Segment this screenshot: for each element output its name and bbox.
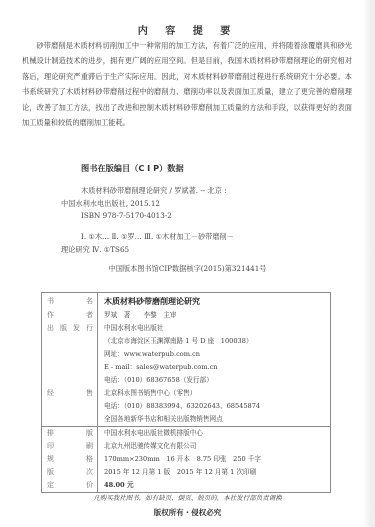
label-char: 者 xyxy=(86,309,93,322)
table-row-value: （北京市海淀区玉渊潭南路 1 号 D 座 100038） xyxy=(98,335,330,348)
table-row-value: 电话：（010）68367658（发行部） xyxy=(98,374,330,387)
abstract-title: 内 容 提 要 xyxy=(0,22,375,37)
label-char: 规 xyxy=(47,453,54,466)
cip-heading: 图书在版编目（C I P）数据 xyxy=(81,163,184,174)
table-row-value: 北京科水图书销售中心（零售） xyxy=(98,387,330,400)
label-char: 价 xyxy=(86,479,93,492)
table-row-value: 网址：www.waterpub.com.cn xyxy=(98,348,330,361)
table-row-value: 罗斌 著 李黎 主审 xyxy=(98,309,330,322)
label-char: 名 xyxy=(86,293,93,309)
label-char: 格 xyxy=(86,453,93,466)
cip-verification-number: 中国版本图书馆CIP数据核字(2015)第321441号 xyxy=(0,264,375,274)
table-row-value: 电话：（010）88383994、63202643、68545874 xyxy=(98,400,330,413)
table-row-label: 作者 xyxy=(42,309,97,322)
label-char: 排 xyxy=(47,427,54,440)
table-row-value: 中国水利水电出版社微机排版中心 xyxy=(98,427,330,440)
table-row-label: 定价 xyxy=(42,479,97,492)
table-row-label xyxy=(42,361,97,374)
label-char: 次 xyxy=(86,466,93,479)
value-column: 木质材料砂带磨削理论研究罗斌 著 李黎 主审中国水利水电出版社（北京市海淀区玉渊… xyxy=(98,293,330,426)
label-char: 版 xyxy=(86,427,93,440)
cip-line-title: 木质材料砂带磨削理论研究 / 罗斌著. -- 北京 : xyxy=(81,186,227,196)
table-row-label xyxy=(42,348,97,361)
label-char: 印 xyxy=(47,440,54,453)
table-row-label: 规格 xyxy=(42,453,97,466)
table-row-value: 2015 年 12 月第 1 版 2015 年 12 月第 1 次印刷 xyxy=(98,466,330,479)
label-char: 定 xyxy=(47,479,54,492)
abstract-text: 砂带磨削是木质材料切削加工中一种常用的加工方法，有着广泛的应用，并将随着涂覆磨具… xyxy=(22,38,352,130)
table-row-value: 北京九州迅驰传媒文化有限公司 xyxy=(98,440,330,453)
cip-line-classification: Ⅰ. ①木… Ⅱ. ①罗… Ⅲ. ①木材加工－砂带磨削－ xyxy=(81,232,234,242)
table-row-value: 木质材料砂带磨削理论研究 xyxy=(98,293,330,309)
table-row-label: 版次 xyxy=(42,466,97,479)
book-info-table: 书名作者出版发行经售木质材料砂带磨削理论研究罗斌 著 李黎 主审中国水利水电出版… xyxy=(41,292,331,493)
table-block: 书名作者出版发行经售木质材料砂带磨削理论研究罗斌 著 李黎 主审中国水利水电出版… xyxy=(42,293,330,427)
label-char: 售 xyxy=(86,387,93,400)
table-row-label xyxy=(42,335,97,348)
label-char: 版 xyxy=(60,322,67,335)
label-char: 出 xyxy=(47,322,54,335)
label-char: 行 xyxy=(86,322,93,335)
label-column: 排版印刷规格版次定价 xyxy=(42,427,98,492)
cip-line-classification-cont: 理论研究 Ⅳ. ①TS65 xyxy=(61,245,129,255)
label-char: 版 xyxy=(47,466,54,479)
copyright-notice: 版权所有・侵权必究 xyxy=(0,507,375,518)
table-row-value: 48.00 元 xyxy=(98,479,330,492)
table-row-value: 170mm×230mm 16 开本 8.75 印张 250 千字 xyxy=(98,453,330,466)
table-row-label xyxy=(42,374,97,387)
table-row-value: 中国水利水电出版社 xyxy=(98,322,330,335)
table-block: 排版印刷规格版次定价中国水利水电出版社微机排版中心北京九州迅驰传媒文化有限公司1… xyxy=(42,427,330,492)
label-char: 作 xyxy=(47,309,54,322)
label-char: 发 xyxy=(73,322,80,335)
table-row-label: 书名 xyxy=(42,293,97,309)
cip-line-isbn: ISBN 978-7-5170-4013-2 xyxy=(81,211,172,220)
label-char: 书 xyxy=(47,293,54,309)
table-row-value: E - mail：sales@waterpub.com.cn xyxy=(98,361,330,374)
table-row-label: 出版发行 xyxy=(42,322,97,335)
label-char: 刷 xyxy=(86,440,93,453)
label-char: 经 xyxy=(47,387,54,400)
table-row-label: 经售 xyxy=(42,387,97,400)
label-column: 书名作者出版发行经售 xyxy=(42,293,98,426)
table-row-label xyxy=(42,413,97,426)
table-row-label: 印刷 xyxy=(42,440,97,453)
table-row-label xyxy=(42,400,97,413)
cip-line-publisher: 中国水利水电出版社, 2015.12 xyxy=(61,199,160,209)
value-column: 中国水利水电出版社微机排版中心北京九州迅驰传媒文化有限公司170mm×230mm… xyxy=(98,427,330,492)
replacement-notice: 凡购买我社图书，如有缺页、倒页、脱页的，本社发行部负责调换 xyxy=(0,493,375,502)
table-row-label: 排版 xyxy=(42,427,97,440)
table-row-value: 全国各地新华书店和相关出版物销售网点 xyxy=(98,413,330,426)
